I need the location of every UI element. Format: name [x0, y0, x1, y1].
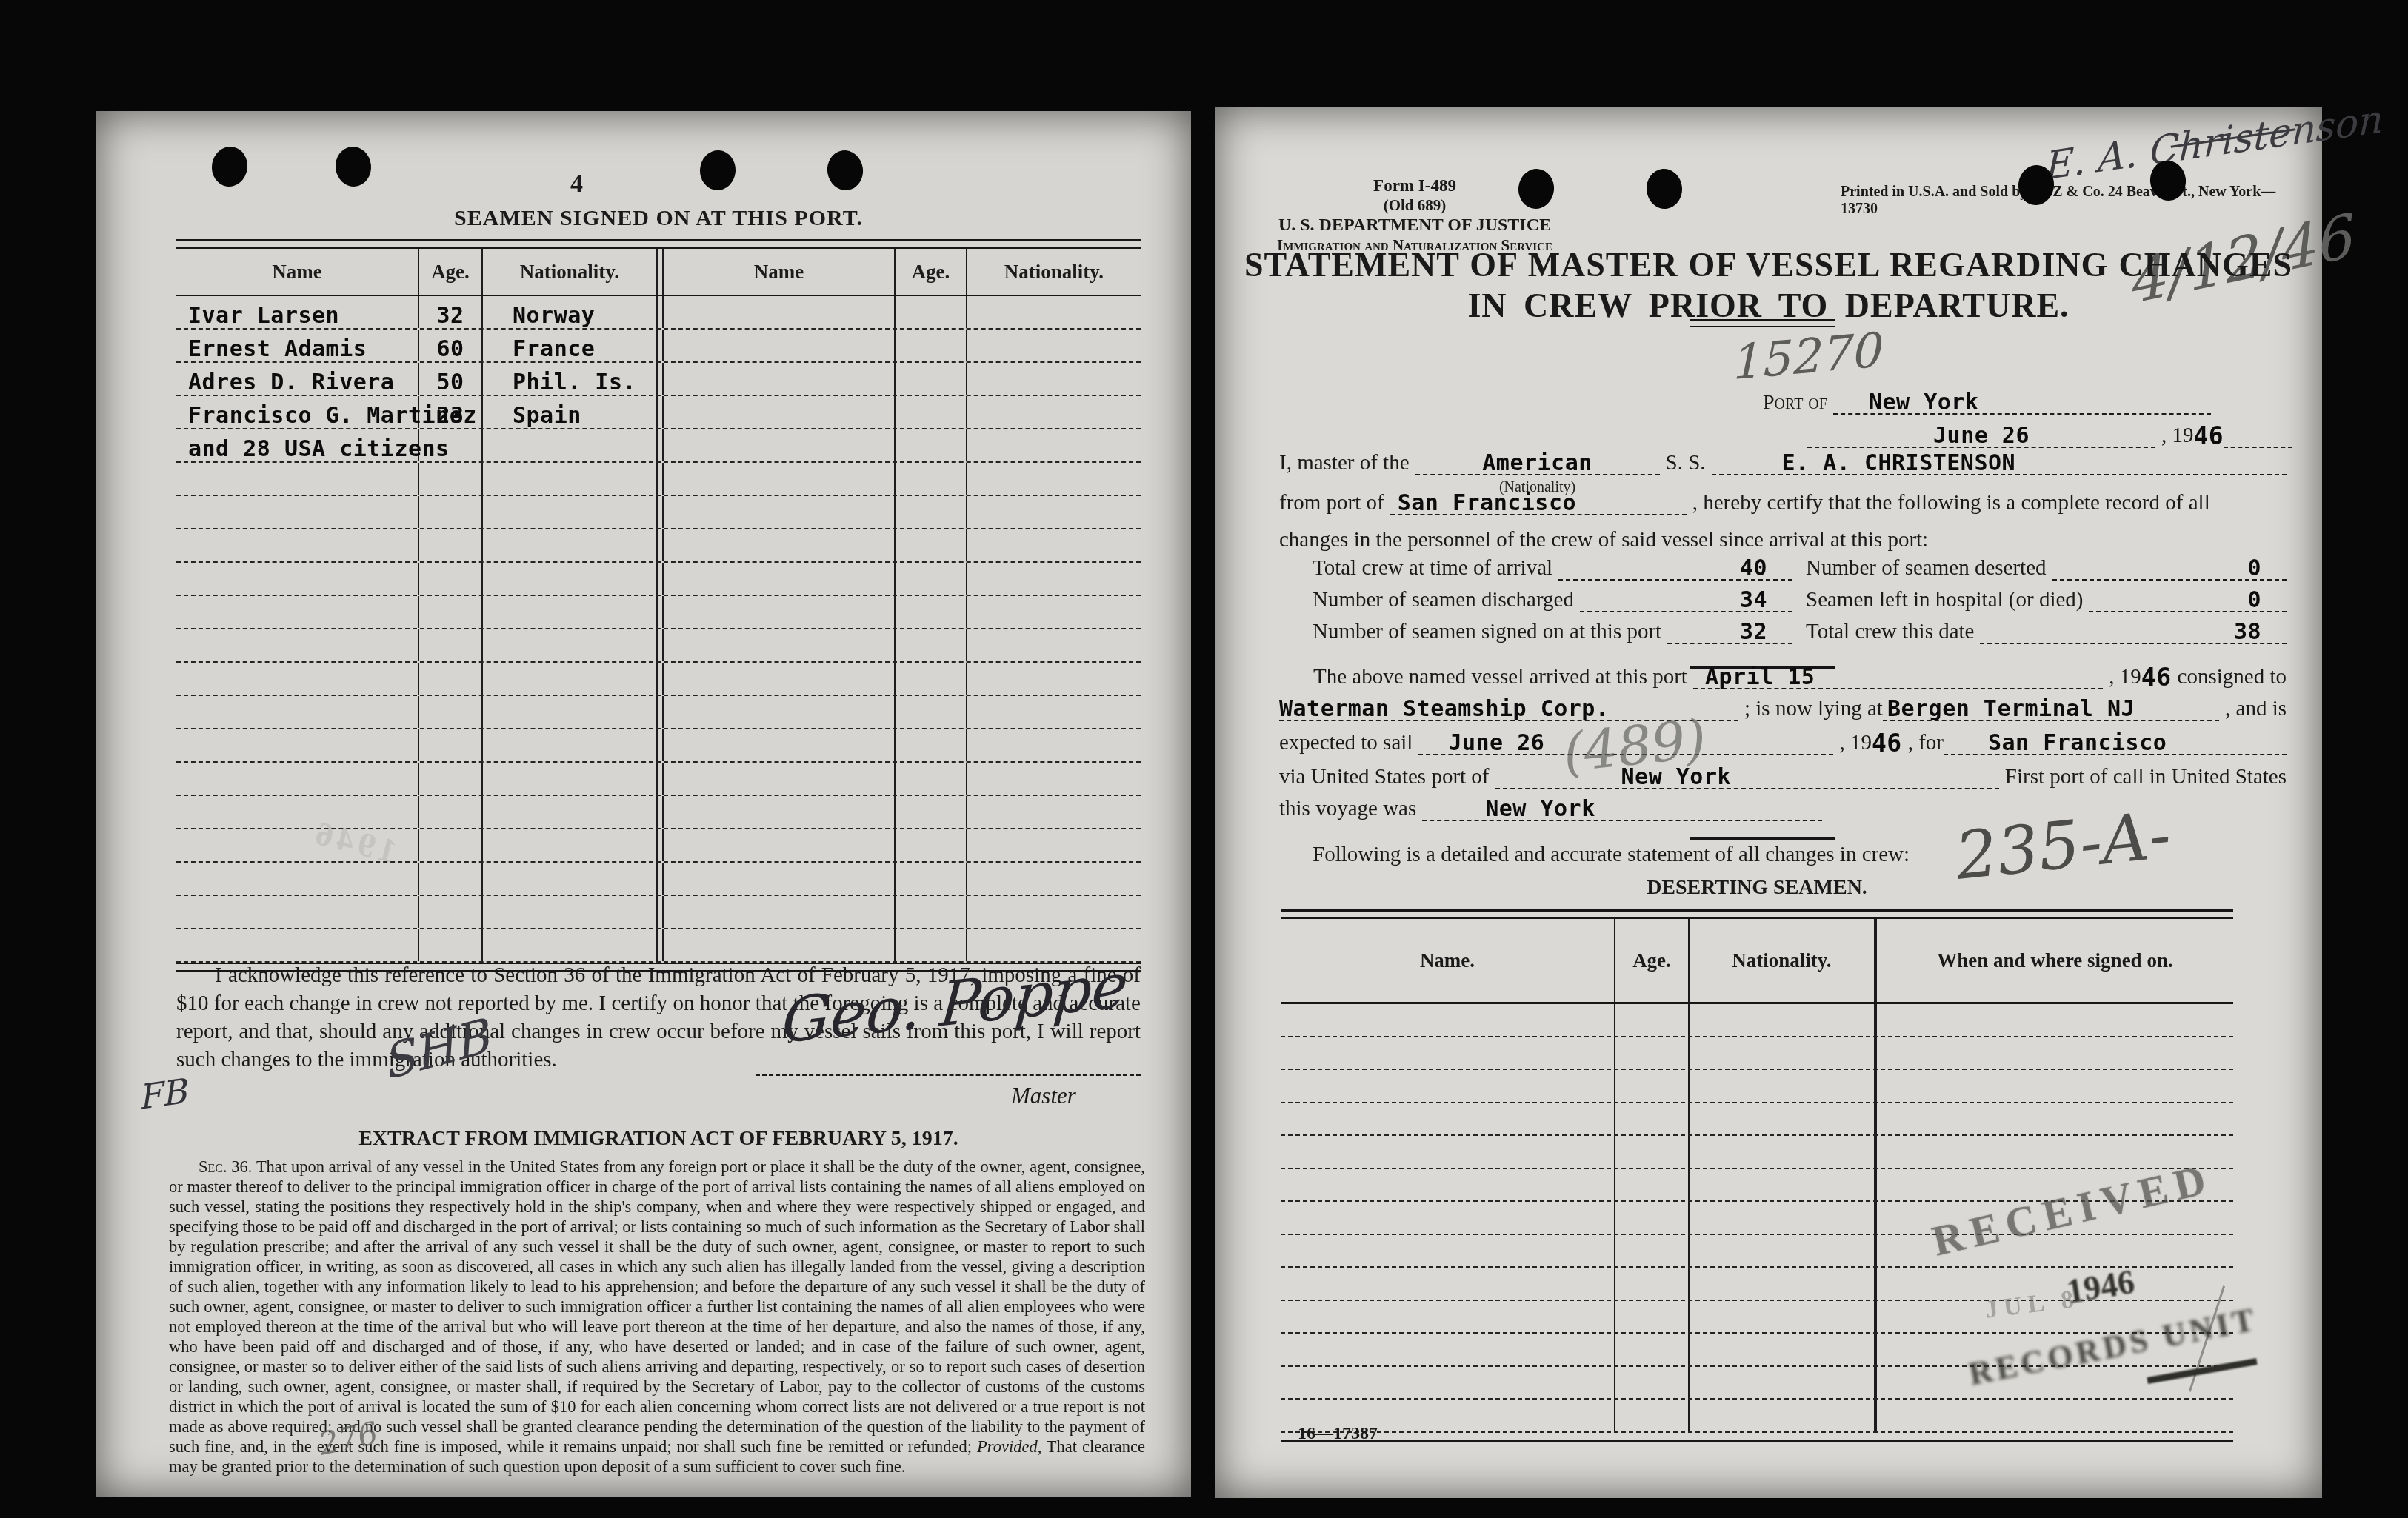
table-cell	[1615, 1103, 1690, 1135]
table-cell	[1615, 1400, 1690, 1431]
table-cell	[1615, 1235, 1690, 1267]
table-cell	[1281, 1070, 1615, 1102]
table-cell	[419, 696, 483, 728]
title-rule	[1690, 319, 1835, 327]
table-row	[176, 896, 1141, 929]
table-cell	[1615, 1136, 1690, 1168]
punch-hole	[333, 145, 373, 189]
table-cell	[664, 296, 896, 328]
table-row	[176, 563, 1141, 596]
following-line: Following is a detailed and accurate sta…	[1313, 843, 1910, 867]
table-cell	[483, 629, 656, 661]
column-header: Nationality.	[1690, 919, 1877, 1002]
table-cell: and 28 USA citizens	[176, 429, 419, 461]
port-value: New York	[1833, 392, 1979, 414]
table-cell	[967, 330, 1141, 361]
table-cell	[967, 563, 1141, 595]
table-cell	[896, 629, 967, 661]
stats-row: Number of seamen discharged 34 Seamen le…	[1313, 586, 2287, 612]
table-cell	[664, 929, 896, 961]
table-cell	[1877, 1070, 2233, 1102]
table-cell	[664, 763, 896, 795]
lying-at-label: ; is now lying at	[1738, 697, 1883, 721]
stat-label: Number of seamen deserted	[1792, 556, 2052, 581]
table-row	[176, 763, 1141, 796]
lying-location: Bergen Terminal NJ	[1883, 698, 2135, 720]
table-cell	[896, 463, 967, 495]
extract-title: EXTRACT FROM IMMIGRATION ACT OF FEBRUARY…	[176, 1127, 1141, 1151]
table-cell	[967, 463, 1141, 495]
table-cell	[664, 863, 896, 895]
column-header: Nationality.	[483, 249, 656, 295]
deserting-title: DESERTING SEAMEN.	[1281, 876, 2233, 900]
stat-value: 34	[1740, 589, 1767, 612]
vessel-name: E. A. CHRISTENSON	[1712, 452, 2016, 475]
table-cell	[1281, 1004, 1615, 1036]
stat-label: Total crew this date	[1792, 620, 1980, 644]
table-cell	[1690, 1004, 1877, 1036]
punch-hole	[698, 149, 737, 191]
table-cell	[967, 863, 1141, 895]
stat-value: 0	[2247, 558, 2261, 580]
table-cell	[1281, 1301, 1615, 1333]
typed-entry: Spain	[513, 405, 581, 427]
table-cell	[967, 763, 1141, 795]
arrival-pre: The above named vessel arrived at this p…	[1279, 665, 1693, 689]
table-cell	[664, 463, 896, 495]
date-value: June 26	[1933, 425, 2030, 447]
table-cell: 32	[419, 296, 483, 328]
table-cell	[1615, 1037, 1690, 1069]
table-cell	[967, 296, 1141, 328]
table-cell	[1281, 1037, 1615, 1069]
sail-label: expected to sail	[1279, 731, 1418, 755]
table-cell	[1690, 1235, 1877, 1267]
table-cell	[896, 429, 967, 461]
table-cell	[664, 496, 896, 528]
date-line: June 26 , 19 46	[1807, 421, 2292, 448]
table-row: and 28 USA citizens	[176, 429, 1141, 463]
table-cell	[1281, 1268, 1615, 1300]
column-divider	[656, 330, 664, 361]
arrival-year-prefix: , 19	[2103, 665, 2141, 689]
extract-provided-word: Provided,	[977, 1437, 1041, 1456]
column-divider	[656, 249, 664, 295]
column-divider	[656, 863, 664, 895]
sail-date: June 26	[1418, 732, 1544, 755]
table-cell	[1690, 1202, 1877, 1234]
table-cell	[896, 396, 967, 428]
column-divider	[656, 296, 664, 328]
table-cell	[967, 729, 1141, 761]
table-cell	[967, 496, 1141, 528]
punch-hole	[209, 144, 250, 189]
extract-body-1: That upon arrival of any vessel in the U…	[169, 1157, 1145, 1456]
table-row	[1281, 1136, 2233, 1169]
column-divider	[656, 563, 664, 595]
table-cell: 23	[419, 396, 483, 428]
column-divider	[656, 496, 664, 528]
arrival-date: April 15	[1693, 666, 1815, 689]
and-is-label: , and is	[2219, 697, 2287, 721]
table-cell	[419, 763, 483, 795]
table-cell	[1615, 1301, 1690, 1333]
table-cell	[483, 463, 656, 495]
stat-value: 40	[1740, 558, 1767, 580]
column-divider	[656, 896, 664, 928]
port-label: Port of	[1763, 391, 1833, 415]
table-cell	[896, 696, 967, 728]
table-cell	[664, 663, 896, 695]
table-cell: Norway	[483, 296, 656, 328]
stat-label: Total crew at time of arrival	[1313, 556, 1558, 581]
column-divider	[656, 929, 664, 961]
table-cell	[483, 929, 656, 961]
stat-label: Seamen left in hospital (or died)	[1792, 588, 2089, 612]
sail-year: 46	[1872, 731, 1902, 755]
column-header: When and where signed on.	[1877, 919, 2233, 1002]
typed-entry: Phil. Is.	[513, 372, 636, 394]
column-divider	[656, 396, 664, 428]
table-cell	[1281, 1136, 1615, 1168]
table-cell	[896, 563, 967, 595]
table-cell	[1281, 1367, 1615, 1399]
table-cell	[1690, 1103, 1877, 1135]
from-port-value: San Francisco	[1390, 492, 1576, 515]
table-cell	[1690, 1037, 1877, 1069]
table-row	[176, 663, 1141, 696]
table-cell	[896, 663, 967, 695]
table-top-rule	[1281, 909, 2233, 919]
table-cell	[1690, 1268, 1877, 1300]
stat-value: 0	[2247, 589, 2261, 612]
ss-label: S. S.	[1660, 451, 1712, 475]
table-cell: Ivar Larsen	[176, 296, 419, 328]
table-cell	[896, 763, 967, 795]
table-cell	[967, 363, 1141, 395]
table-cell	[896, 496, 967, 528]
table-cell	[483, 896, 656, 928]
table-cell	[483, 563, 656, 595]
table-cell	[176, 563, 419, 595]
table-cell	[483, 429, 656, 461]
table-cell: Francisco G. Martinez	[176, 396, 419, 428]
table-cell	[1615, 1070, 1690, 1102]
table-cell	[176, 529, 419, 561]
table-top-rule	[176, 239, 1141, 249]
stat-value: 32	[1740, 621, 1767, 643]
table-row	[1281, 1367, 2233, 1400]
typed-entry: 23	[436, 405, 464, 427]
table-cell	[664, 729, 896, 761]
table-cell	[1690, 1169, 1877, 1201]
table-cell	[1281, 1103, 1615, 1135]
table-cell	[483, 496, 656, 528]
changes-line: changes in the personnel of the crew of …	[1279, 528, 1928, 552]
column-divider	[656, 463, 664, 495]
table-cell: Adres D. Rivera	[176, 363, 419, 395]
table-cell	[1690, 1400, 1877, 1431]
table-cell	[483, 696, 656, 728]
table-cell	[967, 429, 1141, 461]
table-row	[176, 696, 1141, 729]
column-divider	[656, 596, 664, 628]
table-cell	[896, 529, 967, 561]
typed-entry: Adres D. Rivera	[188, 372, 394, 394]
handwritten-number: 15270	[1733, 323, 1884, 391]
table-cell	[967, 696, 1141, 728]
table-cell	[896, 296, 967, 328]
table-cell	[1615, 1268, 1690, 1300]
for-label: , for	[1902, 731, 1944, 755]
table-row	[1281, 1400, 2233, 1433]
typed-entry: Norway	[513, 305, 595, 327]
section-title: SEAMEN SIGNED ON AT THIS PORT.	[176, 206, 1141, 231]
arrival-year: 46	[2141, 665, 2172, 689]
master-pre: I, master of the	[1279, 451, 1415, 475]
page-number: 4	[570, 170, 583, 198]
stat-value: 38	[2234, 621, 2261, 643]
table-row	[1281, 1004, 2233, 1037]
table-cell	[483, 863, 656, 895]
table-cell	[896, 929, 967, 961]
table-cell	[664, 896, 896, 928]
table-body: Ivar Larsen32NorwayErnest Adamis60France…	[176, 296, 1141, 963]
table-cell	[967, 829, 1141, 861]
table-cell	[483, 829, 656, 861]
handwritten-corner-initials: FB	[140, 1070, 190, 1117]
form-title-line1: STATEMENT OF MASTER OF VESSEL REGARDING …	[1244, 245, 2292, 284]
table-cell	[896, 729, 967, 761]
destination: San Francisco	[1944, 732, 2167, 755]
table-row	[176, 629, 1141, 663]
column-divider	[656, 696, 664, 728]
table-cell	[1877, 1004, 2233, 1036]
table-cell	[483, 596, 656, 628]
table-row	[1281, 1103, 2233, 1137]
table-cell	[967, 796, 1141, 828]
table-cell	[419, 929, 483, 961]
table-cell	[896, 829, 967, 861]
table-cell	[419, 596, 483, 628]
extract-section-label: Sec. 36.	[169, 1157, 253, 1176]
table-cell	[967, 529, 1141, 561]
column-divider	[656, 363, 664, 395]
table-cell	[1690, 1301, 1877, 1333]
table-bottom-rule	[1281, 1433, 2233, 1442]
table-cell	[1690, 1334, 1877, 1365]
table-cell	[664, 529, 896, 561]
table-cell	[1281, 1202, 1615, 1234]
table-cell	[176, 729, 419, 761]
signature-line	[756, 1063, 1141, 1076]
table-cell	[896, 363, 967, 395]
table-cell	[176, 629, 419, 661]
table-cell	[419, 629, 483, 661]
department-name: U. S. DEPARTMENT OF JUSTICE	[1255, 215, 1574, 235]
table-row	[1281, 1037, 2233, 1071]
table-cell	[419, 896, 483, 928]
column-header: Name	[176, 249, 419, 295]
punch-hole	[824, 148, 865, 193]
table-cell	[1615, 1169, 1690, 1201]
column-divider	[656, 529, 664, 561]
date-year: 46	[2194, 424, 2224, 448]
master-line: I, master of the American (Nationality) …	[1279, 449, 2287, 475]
table-cell	[1690, 1136, 1877, 1168]
from-pre: from port of	[1279, 491, 1390, 515]
table-cell	[419, 663, 483, 695]
table-cell	[419, 563, 483, 595]
table-row	[176, 496, 1141, 529]
typed-entry: 32	[436, 305, 464, 327]
typed-entry: 60	[436, 338, 464, 361]
column-divider	[656, 663, 664, 695]
table-header-row: NameAge.Nationality.NameAge.Nationality.	[176, 249, 1141, 296]
table-cell	[664, 429, 896, 461]
table-cell	[176, 896, 419, 928]
signature-role-label: Master	[1011, 1083, 1076, 1109]
footer-code: 16—17387	[1298, 1424, 1378, 1444]
table-cell	[1690, 1070, 1877, 1102]
arrival-line-4: via United States port of New York First…	[1279, 763, 2287, 789]
column-divider	[656, 796, 664, 828]
column-header: Age.	[1615, 919, 1690, 1002]
table-cell	[896, 596, 967, 628]
typed-entry: 50	[436, 372, 464, 394]
table-cell: Spain	[483, 396, 656, 428]
table-row	[176, 596, 1141, 629]
column-divider	[656, 763, 664, 795]
table-cell	[176, 596, 419, 628]
table-cell	[419, 829, 483, 861]
table-cell	[664, 796, 896, 828]
table-cell	[1615, 1202, 1690, 1234]
table-cell	[1877, 1037, 2233, 1069]
arrival-line-1: The above named vessel arrived at this p…	[1279, 663, 2287, 689]
table-cell	[176, 463, 419, 495]
table-cell	[664, 330, 896, 361]
table-cell	[483, 796, 656, 828]
table-cell	[896, 863, 967, 895]
table-cell	[664, 596, 896, 628]
table-cell	[419, 429, 483, 461]
form-title: STATEMENT OF MASTER OF VESSEL REGARDING …	[1244, 245, 2292, 325]
voyage-port: New York	[1422, 798, 1595, 820]
column-header: Age.	[419, 249, 483, 295]
table-header-row: Name.Age.Nationality.When and where sign…	[1281, 919, 2233, 1004]
column-header: Nationality.	[967, 249, 1141, 295]
table-row: Ivar Larsen32Norway	[176, 296, 1141, 330]
table-cell	[1281, 1169, 1615, 1201]
signed-on-table: NameAge.Nationality.NameAge.Nationality.…	[176, 239, 1141, 972]
column-divider	[656, 429, 664, 461]
column-header: Name.	[1281, 919, 1615, 1002]
table-cell	[419, 496, 483, 528]
table-cell	[419, 796, 483, 828]
first-port-label: First port of call in United States	[1999, 765, 2287, 789]
table-cell	[1281, 1334, 1615, 1365]
consignee: Waterman Steamship Corp.	[1279, 698, 1609, 720]
column-header: Name	[664, 249, 896, 295]
table-cell	[176, 663, 419, 695]
table-cell	[967, 396, 1141, 428]
stat-label: Number of seamen signed on at this port	[1313, 620, 1667, 644]
table-cell	[896, 796, 967, 828]
port-line: Port of New York	[1763, 388, 2211, 415]
table-cell	[1690, 1367, 1877, 1399]
table-cell	[1281, 1235, 1615, 1267]
table-cell	[664, 696, 896, 728]
table-cell	[176, 796, 419, 828]
table-cell	[967, 896, 1141, 928]
table-cell	[483, 729, 656, 761]
arrival-line-3: expected to sail June 26 , 19 46 , for S…	[1279, 729, 2287, 755]
table-cell	[1877, 1103, 2233, 1135]
table-cell	[176, 496, 419, 528]
column-divider	[656, 829, 664, 861]
punch-hole	[1645, 167, 1684, 210]
table-cell	[483, 529, 656, 561]
table-row: Ernest Adamis60France	[176, 330, 1141, 363]
table-cell: Ernest Adamis	[176, 330, 419, 361]
table-cell	[664, 829, 896, 861]
table-cell: Phil. Is.	[483, 363, 656, 395]
arrival-post: consigned to	[2172, 665, 2287, 689]
left-page: 4 SEAMEN SIGNED ON AT THIS PORT. NameAge…	[96, 111, 1191, 1497]
sail-year-prefix: , 19	[1833, 731, 1872, 755]
table-cell	[896, 896, 967, 928]
table-row: Francisco G. Martinez23Spain	[176, 396, 1141, 429]
section-rule	[1690, 837, 1835, 840]
table-cell	[1877, 1400, 2233, 1431]
table-cell	[176, 929, 419, 961]
column-divider	[656, 729, 664, 761]
table-cell	[483, 663, 656, 695]
table-cell	[664, 563, 896, 595]
table-row: Adres D. Rivera50Phil. Is.	[176, 363, 1141, 396]
table-cell	[419, 729, 483, 761]
typed-entry: France	[513, 338, 595, 361]
typed-entry: and 28 USA citizens	[188, 438, 450, 461]
table-cell	[419, 863, 483, 895]
table-cell	[176, 763, 419, 795]
arrival-line-2: Waterman Steamship Corp. ; is now lying …	[1279, 695, 2287, 721]
date-year-prefix: , 19	[2155, 424, 2194, 448]
table-row	[176, 929, 1141, 963]
table-cell	[1615, 1367, 1690, 1399]
printed-note: Printed in U.S.A. and Sold by UNZ & Co. …	[1841, 184, 2285, 218]
table-cell	[664, 629, 896, 661]
stats-row: Number of seamen signed on at this port …	[1313, 618, 2287, 644]
table-cell	[483, 763, 656, 795]
table-cell	[967, 596, 1141, 628]
table-row	[176, 729, 1141, 763]
table-cell	[664, 363, 896, 395]
table-cell	[1615, 1334, 1690, 1365]
from-port-line: from port of San Francisco , hereby cert…	[1279, 489, 2287, 515]
handwritten-name: E. A. Christenson	[2045, 97, 2384, 190]
table-cell	[419, 529, 483, 561]
column-header: Age.	[896, 249, 967, 295]
table-cell	[896, 330, 967, 361]
typed-entry: Ernest Adamis	[188, 338, 367, 361]
right-page: Form I-489 (Old 689) U. S. DEPARTMENT OF…	[1215, 107, 2322, 1498]
column-divider	[656, 629, 664, 661]
table-row	[1281, 1070, 2233, 1103]
stats-row: Total crew at time of arrival 40 Number …	[1313, 554, 2287, 581]
table-cell	[1877, 1235, 2233, 1267]
